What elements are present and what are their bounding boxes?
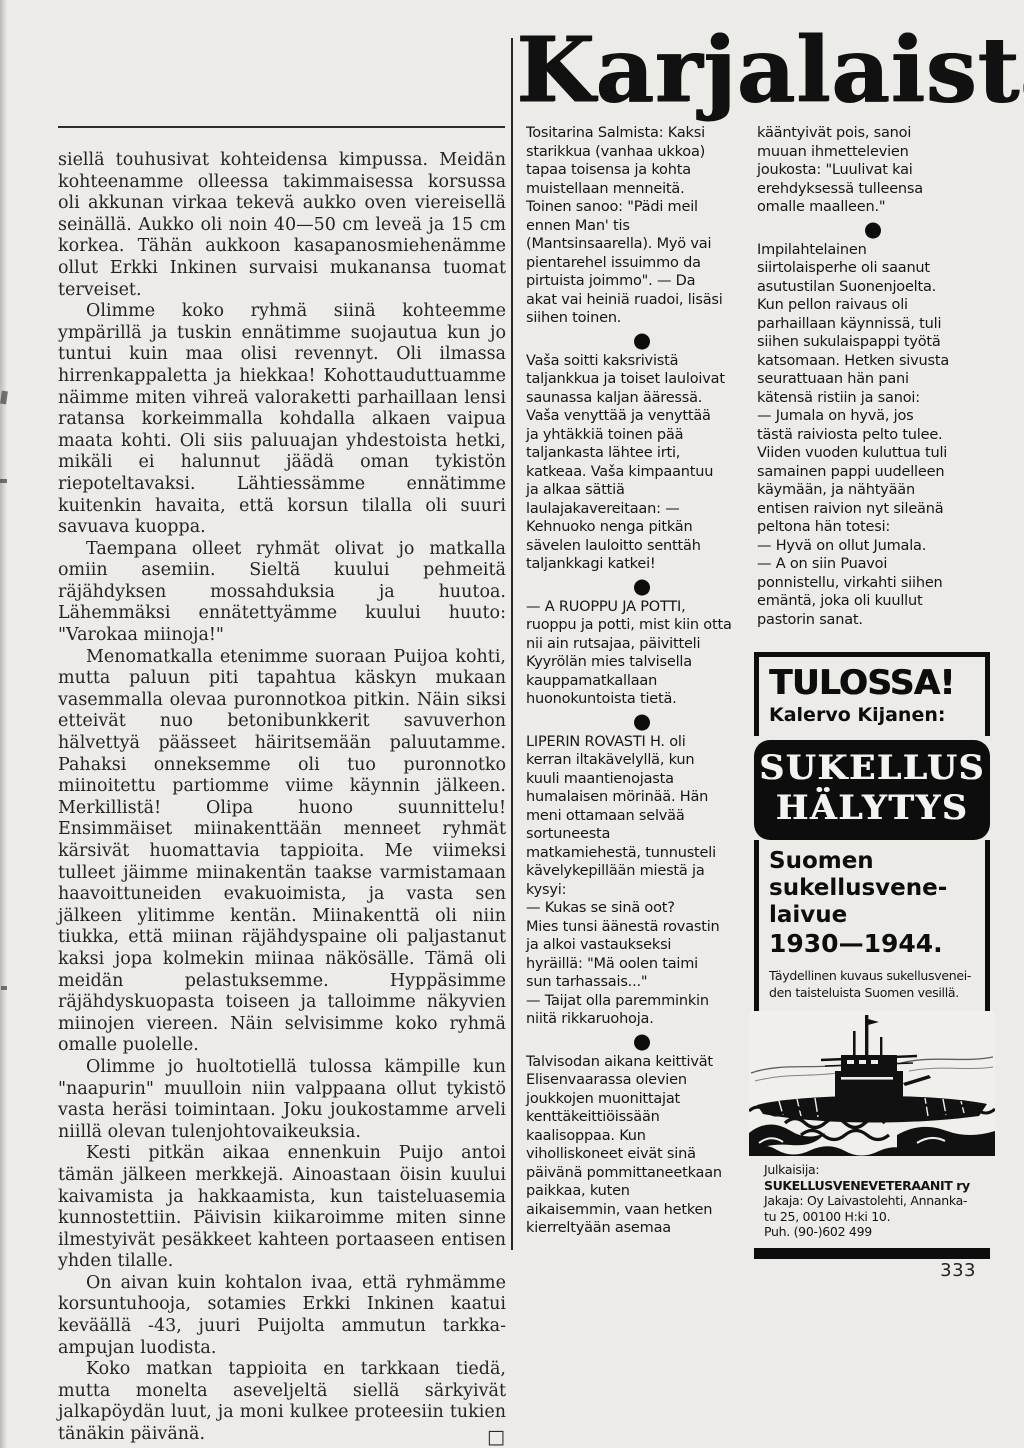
left-article-column: siellä touhusivat kohteidensa kimpussa. … [58, 150, 506, 1446]
article-paragraph: Olimme koko ryhmä siinä kohteemme ympäri… [58, 301, 506, 539]
ad-subtitle-box: Suomen sukellusvene- laivue 1930—1944. T… [754, 840, 990, 1011]
ad-title-line2: HÄLYTYS [756, 788, 988, 828]
ad-publisher-label: Julkaisija: [764, 1162, 984, 1178]
column-divider-rule [511, 38, 513, 1250]
article-paragraph: siellä touhusivat kohteidensa kimpussa. … [58, 150, 506, 301]
section-bullet-icon: ● [526, 710, 758, 732]
ad-phone: Puh. (90-)602 499 [764, 1224, 984, 1240]
article-paragraph: Olimme jo huoltotiellä tulossa kämpille … [58, 1057, 506, 1143]
right-anecdote-column: kääntyivät pois, sanoi muuan ihmettelevi… [757, 124, 989, 629]
section-bullet-icon: ● [526, 329, 758, 351]
article-paragraph: Taempana olleet ryhmät olivat jo matkall… [58, 539, 506, 647]
ad-publisher: SUKELLUSVENEVETERAANIT ry [764, 1178, 984, 1194]
section-bullet-icon: ● [526, 1030, 758, 1052]
ad-author: Kalervo Kijanen: [769, 703, 977, 728]
anecdote-item: Talvisodan aikana keittivät Elisenvaaras… [526, 1053, 758, 1238]
ad-distributor: Jakaja: Oy Laivastolehti, Annanka- tu 25… [764, 1193, 984, 1224]
ad-subtitle: Suomen sukellusvene- laivue [769, 848, 977, 929]
anecdote-item: Impilahtelainen siirtolaisperhe oli saan… [757, 241, 989, 630]
anecdote-item: Vaša soitti kaksrivistä taljankkua ja to… [526, 352, 758, 574]
ad-header-box: TULOSSA! Kalervo Kijanen: [754, 652, 990, 736]
scan-edge-shadow [0, 0, 7, 1448]
article-paragraph-text: Koko matkan tappioita en tarkkaan tiedä,… [58, 1359, 506, 1444]
ad-coming-label: TULOSSA! [769, 663, 977, 703]
section-bullet-icon: ● [526, 575, 758, 597]
ad-years: 1930—1944. [769, 929, 977, 959]
section-bullet-icon: ● [757, 218, 989, 240]
scan-artifact [0, 479, 7, 483]
anecdote-item: kääntyivät pois, sanoi muuan ihmettelevi… [757, 124, 989, 217]
article-paragraph: On aivan kuin kohtalon ivaa, että ryhmäm… [58, 1273, 506, 1359]
ad-publisher-box: Julkaisija: SUKELLUSVENEVETERAANIT ry Ja… [754, 1156, 990, 1244]
ad-description: Täydellinen kuvaus sukellusvenei- den ta… [769, 968, 977, 1001]
article-paragraph: Koko matkan tappioita en tarkkaan tiedä,… [58, 1359, 506, 1445]
middle-anecdote-column: Tositarina Salmista: Kaksi starikkua (va… [526, 124, 758, 1238]
anecdote-item: Tositarina Salmista: Kaksi starikkua (va… [526, 124, 758, 328]
masthead-title: Karjalaista [516, 24, 1016, 120]
article-paragraph: Menomatkalla etenimme suoraan Puijoa koh… [58, 647, 506, 1057]
end-of-article-icon: □ [459, 1428, 505, 1447]
anecdote-item: — A RUOPPU JA POTTI, ruoppu ja potti, mi… [526, 598, 758, 709]
submarine-illustration [749, 1011, 995, 1156]
article-paragraph: Kesti pitkän aikaa ennenkuin Puijo antoi… [58, 1143, 506, 1273]
page-number: 333 [936, 1260, 976, 1281]
anecdote-item: LIPERIN ROVASTI H. oli kerran iltakävely… [526, 733, 758, 1029]
left-column-top-rule [58, 126, 505, 128]
book-advertisement: TULOSSA! Kalervo Kijanen: SUKELLUS HÄLYT… [754, 652, 990, 1259]
magazine-page: Karjalaista siellä touhusivat kohteidens… [0, 0, 1024, 1448]
scan-artifact [1, 986, 7, 990]
ad-bottom-bar [754, 1248, 990, 1259]
ad-book-title-badge: SUKELLUS HÄLYTYS [754, 740, 990, 840]
ad-title-line1: SUKELLUS [756, 748, 988, 788]
